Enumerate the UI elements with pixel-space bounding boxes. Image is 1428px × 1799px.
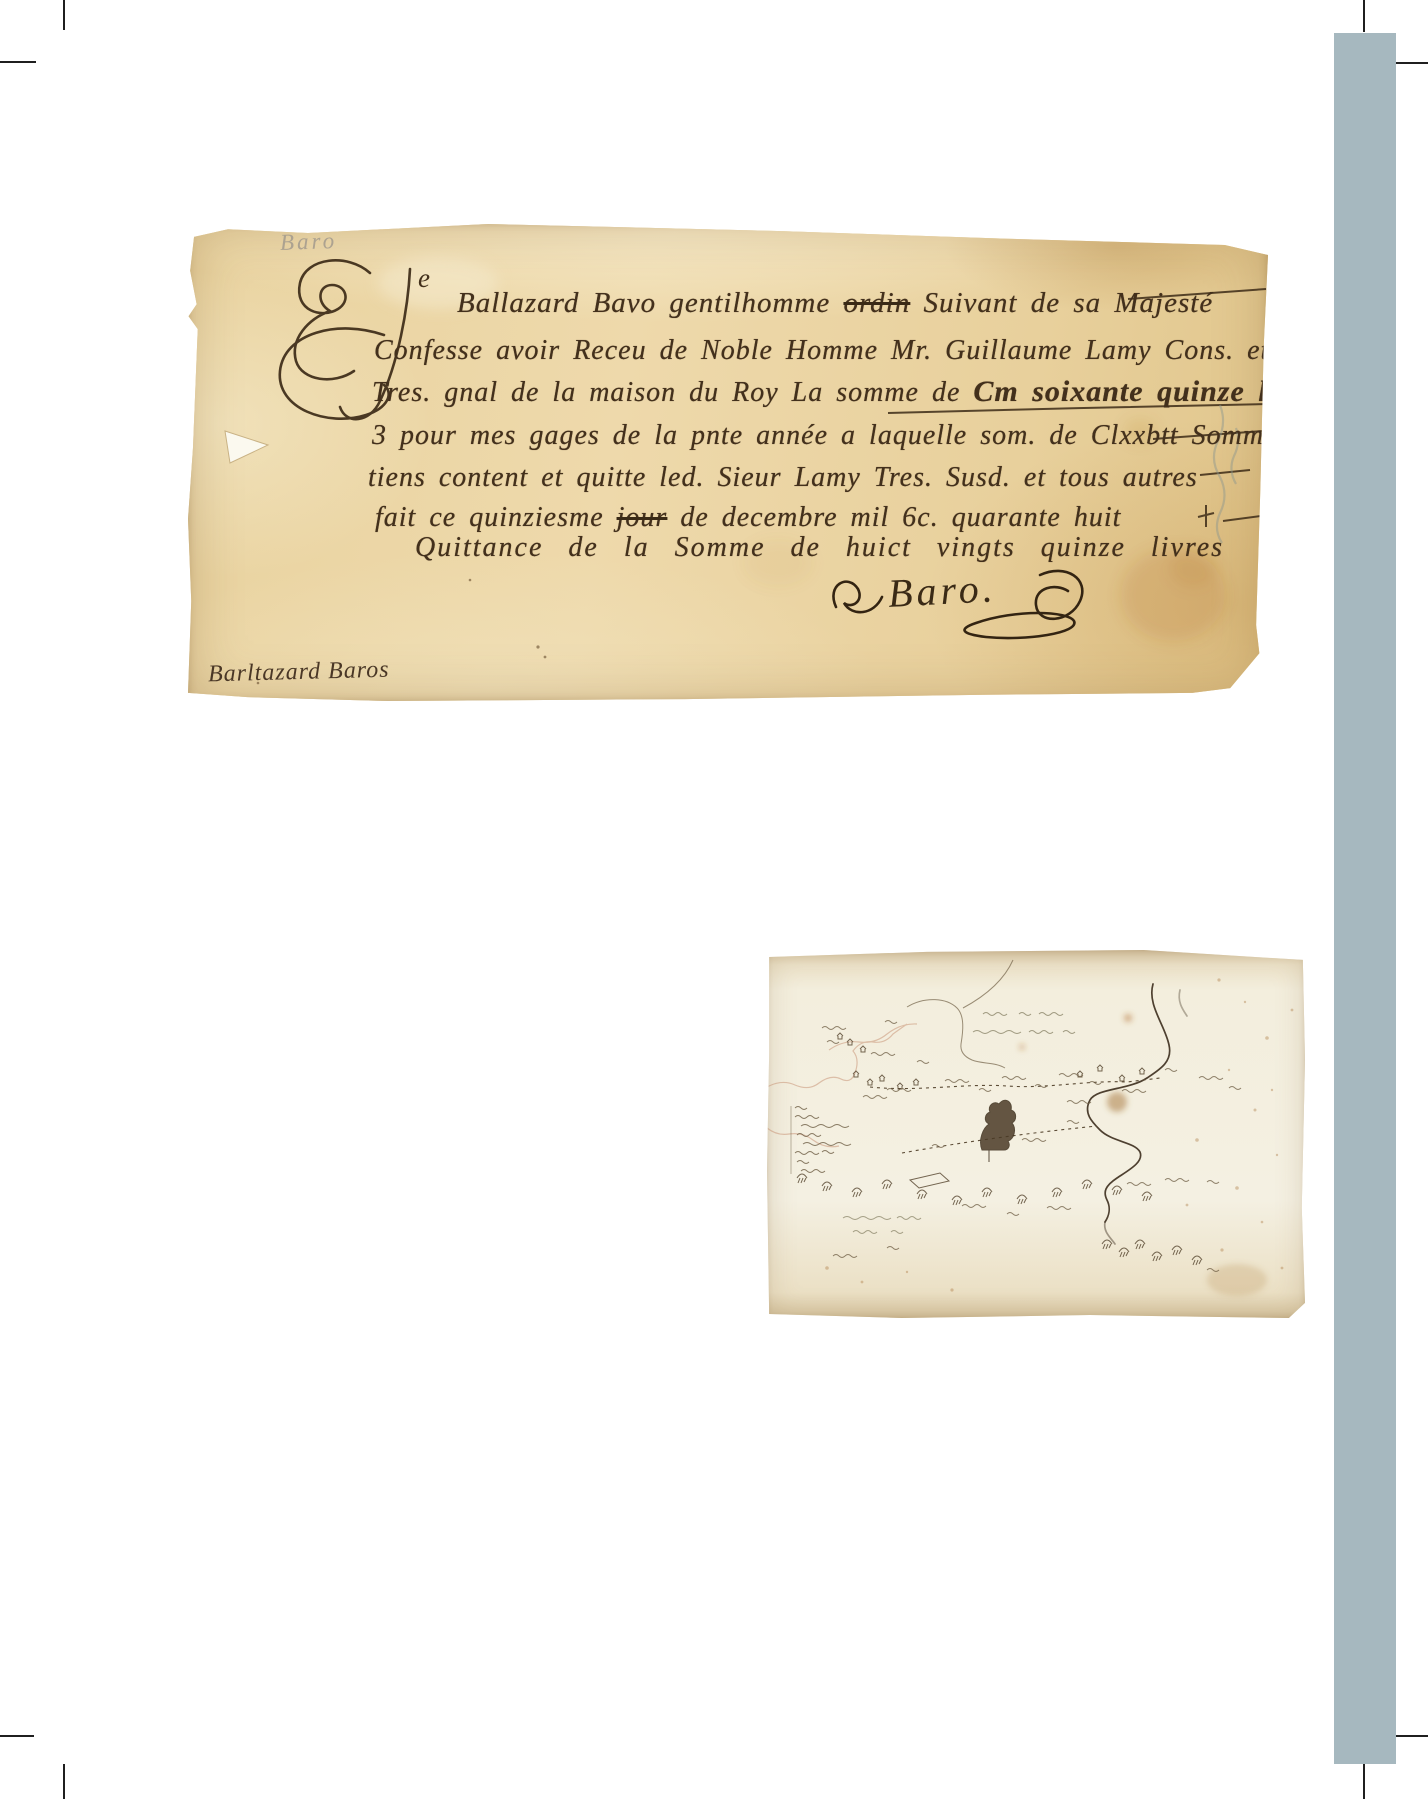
pencil-annotation: Baro xyxy=(280,228,338,256)
archivist-annotation: Barltazard Baros xyxy=(208,657,390,689)
legend-column xyxy=(791,1106,851,1174)
coastline-ink xyxy=(907,960,1013,1068)
crop-mark-bottom-right-v xyxy=(1363,1764,1365,1799)
map-inscription xyxy=(973,1013,1075,1034)
receipt-line: Quittance de la Somme de huict vingts qu… xyxy=(415,532,1224,564)
crop-mark-top-right-v xyxy=(1363,0,1365,32)
signature: Baro. xyxy=(887,564,998,617)
receipt-line: 3 pour mes gages de la pnte année a laqu… xyxy=(372,420,1278,452)
illegible-labels xyxy=(822,1021,1241,1272)
receipt-line: tiens content et quitte led. Sieur Lamy … xyxy=(368,462,1198,494)
receipt-line: Confesse avoir Receu de Noble Homme Mr. … xyxy=(374,335,1269,367)
crop-mark-bottom-left-v xyxy=(63,1764,65,1799)
map-artwork xyxy=(767,950,1305,1318)
crop-mark-top-left-h xyxy=(0,61,36,63)
map-photo xyxy=(767,950,1305,1318)
tree-figure-sketch xyxy=(981,1100,1016,1162)
receipt-line: Ballazard Bavo gentilhomme ordin Suivant… xyxy=(457,287,1213,320)
river xyxy=(1087,984,1187,1244)
page-accent-bar xyxy=(1334,33,1396,1764)
map-stains xyxy=(1019,1014,1267,1296)
crop-mark-top-right-h xyxy=(1396,62,1428,64)
map-freckles xyxy=(825,978,1293,1291)
receipt-line: Tres. gnal de la maison du Roy La somme … xyxy=(372,375,1339,409)
initial-superscript: e xyxy=(418,263,430,294)
book-proof-page: Baro e Ballazard Bavo gentilhomme ordin … xyxy=(0,0,1428,1799)
receipt-line: fait ce quinziesme jour de decembre mil … xyxy=(375,502,1121,534)
map-bottom-inscription xyxy=(843,1217,921,1234)
crop-mark-bottom-left-h xyxy=(0,1735,34,1737)
crop-mark-bottom-right-h xyxy=(1395,1735,1428,1737)
receipt-photo: Baro e Ballazard Bavo gentilhomme ordin … xyxy=(188,223,1268,701)
coastline-red xyxy=(767,1024,917,1147)
paper-tear xyxy=(225,431,268,463)
crop-mark-top-left-v xyxy=(63,0,65,30)
